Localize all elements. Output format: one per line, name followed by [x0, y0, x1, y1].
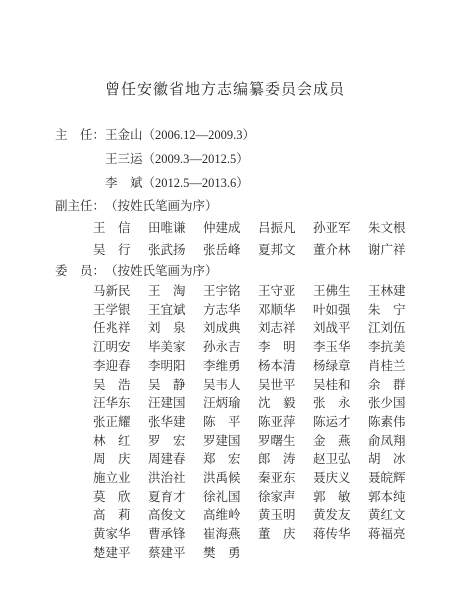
chairman-term: 李 斌（2012.5—2013.6） — [105, 171, 249, 195]
person-name: 夏育才 — [148, 488, 203, 507]
person-name: 李明阳 — [148, 357, 203, 376]
person-name: 崔海燕 — [203, 525, 258, 544]
page-title: 曾任安徽省地方志编纂委员会成员 — [0, 0, 450, 99]
person-name: 赵卫弘 — [313, 450, 368, 469]
person-name: 叶如强 — [313, 301, 368, 320]
person-name: 汪炳瑜 — [203, 394, 258, 413]
person-name: 李抗美 — [368, 338, 423, 357]
person-name: 徐礼国 — [203, 488, 258, 507]
name-row: 吴 行张武扬张岳峰夏邦文董介林谢广祥 — [93, 239, 430, 261]
members-name-grid: 马新民王 淘王宇铭王守亚王佛生王林建王学银王宜斌方志华邓顺华叶如强朱 宁任兆祥刘… — [55, 282, 430, 563]
person-name: 马新民 — [93, 282, 148, 301]
person-name: 俞凤翔 — [368, 432, 423, 451]
person-name: 郭本纯 — [368, 488, 423, 507]
person-name: 王林建 — [368, 282, 423, 301]
person-name: 汪华东 — [93, 394, 148, 413]
person-name: 黄玉明 — [258, 506, 313, 525]
name-row: 任兆祥刘 泉刘成典刘志祥刘战平江刘伍 — [93, 319, 430, 338]
chairman-term: 王金山（2006.12—2009.3） — [105, 123, 255, 147]
label-spacer — [55, 147, 105, 171]
person-name: 仲建成 — [203, 217, 258, 239]
name-row: 张正耀张华建陈 平陈亚萍陈运才陈素伟 — [93, 413, 430, 432]
person-name: 樊 勇 — [203, 544, 258, 563]
person-name: 张正耀 — [93, 413, 148, 432]
person-name: 谢广祥 — [368, 239, 423, 261]
person-name: 肖桂兰 — [368, 357, 423, 376]
chairman-term-line: 王三运（2009.3—2012.5） — [55, 147, 430, 171]
person-name: 秦亚东 — [258, 469, 313, 488]
person-name: 黄发友 — [313, 506, 368, 525]
person-name: 张武扬 — [148, 239, 203, 261]
person-name: 王 信 — [93, 217, 148, 239]
person-name: 陈素伟 — [368, 413, 423, 432]
sort-note: （按姓氏笔画为序） — [105, 261, 218, 282]
person-name: 罗建国 — [203, 432, 258, 451]
person-name: 黄红文 — [368, 506, 423, 525]
person-name: 陈运才 — [313, 413, 368, 432]
person-name: 高 莉 — [93, 506, 148, 525]
person-name: 李维勇 — [203, 357, 258, 376]
person-name: 吕振凡 — [258, 217, 313, 239]
person-name: 王 淘 — [148, 282, 203, 301]
name-row: 王学银王宜斌方志华邓顺华叶如强朱 宁 — [93, 301, 430, 320]
name-row: 江明安毕美家孙永吉李 明李玉华李抗美 — [93, 338, 430, 357]
person-name: 吴 行 — [93, 239, 148, 261]
person-name: 曹承锋 — [148, 525, 203, 544]
person-name: 朱 宁 — [368, 301, 423, 320]
person-name: 高俊文 — [148, 506, 203, 525]
person-name: 蒋福亮 — [368, 525, 423, 544]
document-page: 曾任安徽省地方志编纂委员会成员 主 任： 王金山（2006.12—2009.3）… — [0, 0, 450, 610]
chairman-term: 王三运（2009.3—2012.5） — [105, 147, 249, 171]
person-name: 周 庆 — [93, 450, 148, 469]
person-name: 吴韦人 — [203, 376, 258, 395]
chairman-term-line: 主 任： 王金山（2006.12—2009.3） — [55, 123, 430, 147]
person-name: 余 群 — [368, 376, 423, 395]
person-name: 沈 毅 — [258, 394, 313, 413]
person-name: 周建春 — [148, 450, 203, 469]
person-name: 田唯谦 — [148, 217, 203, 239]
person-name: 陈 平 — [203, 413, 258, 432]
document-body: 主 任： 王金山（2006.12—2009.3） 王三运（2009.3—2012… — [0, 123, 450, 563]
chairman-label: 主 任： — [55, 123, 105, 147]
person-name: 江刘伍 — [368, 319, 423, 338]
person-name: 张 永 — [313, 394, 368, 413]
person-name: 刘战平 — [313, 319, 368, 338]
person-name: 王学银 — [93, 301, 148, 320]
person-name: 吴 静 — [148, 376, 203, 395]
person-name: 方志华 — [203, 301, 258, 320]
vice-chairman-name-grid: 王 信田唯谦仲建成吕振凡孙亚军朱文根吴 行张武扬张岳峰夏邦文董介林谢广祥 — [55, 217, 430, 261]
person-name: 孙亚军 — [313, 217, 368, 239]
person-name: 朱文根 — [368, 217, 423, 239]
person-name: 郭 敏 — [313, 488, 368, 507]
person-name: 蒋传华 — [313, 525, 368, 544]
person-name: 莫 欣 — [93, 488, 148, 507]
person-name: 胡 冰 — [368, 450, 423, 469]
person-name: 吴世平 — [258, 376, 313, 395]
person-name: 高维岭 — [203, 506, 258, 525]
person-name: 李玉华 — [313, 338, 368, 357]
person-name: 王宜斌 — [148, 301, 203, 320]
person-name: 杨本清 — [258, 357, 313, 376]
label-spacer — [55, 171, 105, 195]
person-name: 夏邦文 — [258, 239, 313, 261]
person-name: 孙永吉 — [203, 338, 258, 357]
name-row: 马新民王 淘王宇铭王守亚王佛生王林建 — [93, 282, 430, 301]
person-name: 王宇铭 — [203, 282, 258, 301]
person-name: 张华建 — [148, 413, 203, 432]
name-row: 林 红罗 宏罗建国罗曙生金 燕俞凤翔 — [93, 432, 430, 451]
person-name: 吴桂和 — [313, 376, 368, 395]
vice-chairman-header: 副主任： （按姓氏笔画为序） — [55, 195, 430, 217]
name-row: 黄家华曹承锋崔海燕董 庆蒋传华蒋福亮 — [93, 525, 430, 544]
vice-chairman-label: 副主任： — [55, 195, 105, 217]
person-name: 李迎春 — [93, 357, 148, 376]
person-name: 楚建平 — [93, 544, 148, 563]
members-header: 委 员： （按姓氏笔画为序） — [55, 261, 430, 282]
person-name: 徐家声 — [258, 488, 313, 507]
person-name: 毕美家 — [148, 338, 203, 357]
person-name: 刘 泉 — [148, 319, 203, 338]
person-name: 任兆祥 — [93, 319, 148, 338]
person-name: 黄家华 — [93, 525, 148, 544]
person-name: 罗曙生 — [258, 432, 313, 451]
person-name: 张少国 — [368, 394, 423, 413]
person-name: 刘成典 — [203, 319, 258, 338]
person-name: 李 明 — [258, 338, 313, 357]
person-name: 吴 浩 — [93, 376, 148, 395]
person-name: 聂庆义 — [313, 469, 368, 488]
person-name: 金 燕 — [313, 432, 368, 451]
sort-note: （按姓氏笔画为序） — [105, 195, 218, 217]
person-name: 郎 涛 — [258, 450, 313, 469]
person-name: 张岳峰 — [203, 239, 258, 261]
person-name: 陈亚萍 — [258, 413, 313, 432]
person-name: 蔡建平 — [148, 544, 203, 563]
name-row: 吴 浩吴 静吴韦人吴世平吴桂和余 群 — [93, 376, 430, 395]
person-name: 聂皖辉 — [368, 469, 423, 488]
name-row: 周 庆周建春郑 宏郎 涛赵卫弘胡 冰 — [93, 450, 430, 469]
person-name: 罗 宏 — [148, 432, 203, 451]
name-row: 莫 欣夏育才徐礼国徐家声郭 敏郭本纯 — [93, 488, 430, 507]
chairman-term-line: 李 斌（2012.5—2013.6） — [55, 171, 430, 195]
name-row: 王 信田唯谦仲建成吕振凡孙亚军朱文根 — [93, 217, 430, 239]
person-name: 林 红 — [93, 432, 148, 451]
person-name: 邓顺华 — [258, 301, 313, 320]
name-row: 施立业洪治社洪禹候秦亚东聂庆义聂皖辉 — [93, 469, 430, 488]
person-name: 洪禹候 — [203, 469, 258, 488]
person-name: 王佛生 — [313, 282, 368, 301]
person-name: 王守亚 — [258, 282, 313, 301]
person-name: 洪治社 — [148, 469, 203, 488]
name-row: 高 莉高俊文高维岭黄玉明黄发友黄红文 — [93, 506, 430, 525]
person-name: 汪建国 — [148, 394, 203, 413]
person-name: 江明安 — [93, 338, 148, 357]
person-name: 董 庆 — [258, 525, 313, 544]
name-row: 楚建平蔡建平樊 勇 — [93, 544, 430, 563]
name-row: 汪华东汪建国汪炳瑜沈 毅张 永张少国 — [93, 394, 430, 413]
person-name: 郑 宏 — [203, 450, 258, 469]
members-label: 委 员： — [55, 261, 105, 282]
person-name: 刘志祥 — [258, 319, 313, 338]
person-name: 施立业 — [93, 469, 148, 488]
person-name: 杨绿章 — [313, 357, 368, 376]
person-name: 董介林 — [313, 239, 368, 261]
name-row: 李迎春李明阳李维勇杨本清杨绿章肖桂兰 — [93, 357, 430, 376]
